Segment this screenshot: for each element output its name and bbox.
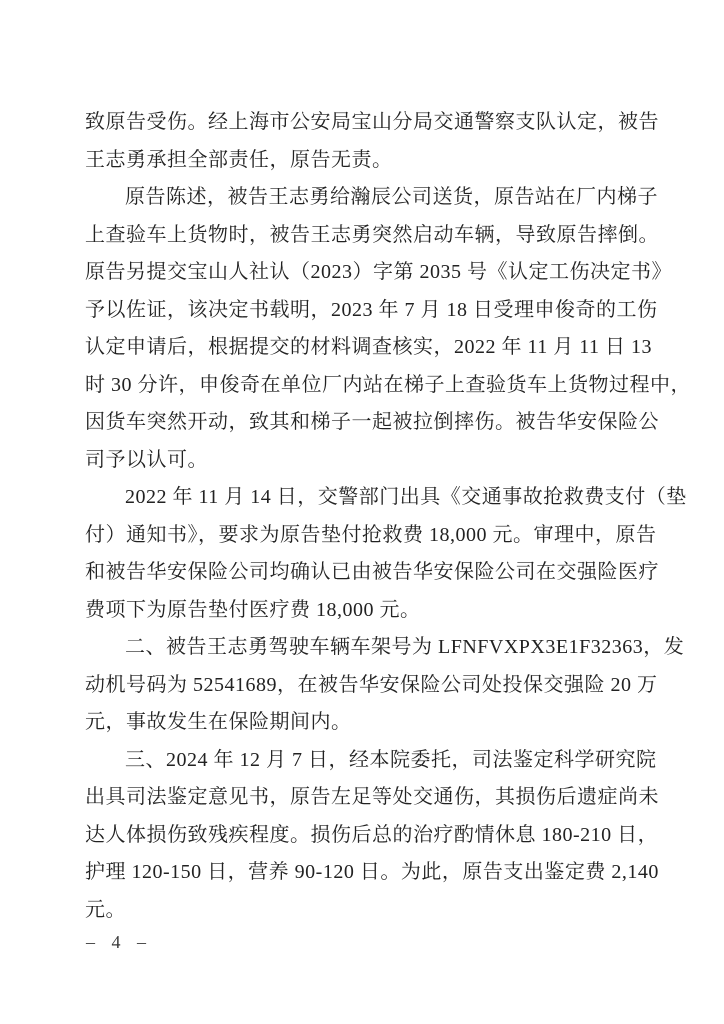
document-line: 致原告受伤。经上海市公安局宝山分局交通警察支队认定，被告 — [85, 104, 651, 142]
document-line: 费项下为原告垫付医疗费 18,000 元。 — [85, 592, 651, 630]
document-line: 三、2024 年 12 月 7 日，经本院委托，司法鉴定科学研究院 — [85, 742, 651, 780]
document-line: 和被告华安保险公司均确认已由被告华安保险公司在交强险医疗 — [85, 554, 651, 592]
document-line: 达人体损伤致残疾程度。损伤后总的治疗酌情休息 180-210 日， — [85, 817, 651, 855]
document-line: 认定申请后，根据提交的材料调查核实，2022 年 11 月 11 日 13 — [85, 329, 651, 367]
document-line: 上查验车上货物时，被告王志勇突然启动车辆，导致原告摔倒。 — [85, 217, 651, 255]
document-line: 动机号码为 52541689，在被告华安保险公司处投保交强险 20 万 — [85, 667, 651, 705]
document-line: 元。 — [85, 892, 651, 930]
page-number: – 4 – — [86, 932, 152, 953]
document-line: 出具司法鉴定意见书，原告左足等处交通伤，其损伤后遗症尚未 — [85, 779, 651, 817]
document-line: 2022 年 11 月 14 日，交警部门出具《交通事故抢救费支付（垫 — [85, 479, 651, 517]
document-line: 二、被告王志勇驾驶车辆车架号为 LFNFVXPX3E1F32363，发 — [85, 629, 651, 667]
document-line: 付）通知书》，要求为原告垫付抢救费 18,000 元。审理中，原告 — [85, 517, 651, 555]
document-body: 致原告受伤。经上海市公安局宝山分局交通警察支队认定，被告 王志勇承担全部责任，原… — [85, 104, 651, 929]
document-line: 护理 120-150 日，营养 90-120 日。为此，原告支出鉴定费 2,14… — [85, 854, 651, 892]
document-line: 原告另提交宝山人社认（2023）字第 2035 号《认定工伤决定书》 — [85, 254, 651, 292]
document-line: 元，事故发生在保险期间内。 — [85, 704, 651, 742]
document-line: 时 30 分许，申俊奇在单位厂内站在梯子上查验货车上货物过程中， — [85, 367, 651, 405]
document-line: 司予以认可。 — [85, 442, 651, 480]
document-line: 予以佐证，该决定书载明，2023 年 7 月 18 日受理申俊奇的工伤 — [85, 292, 651, 330]
document-line: 因货车突然开动，致其和梯子一起被拉倒摔伤。被告华安保险公 — [85, 404, 651, 442]
document-line: 原告陈述，被告王志勇给瀚辰公司送货，原告站在厂内梯子 — [85, 179, 651, 217]
document-page: 致原告受伤。经上海市公安局宝山分局交通警察支队认定，被告 王志勇承担全部责任，原… — [0, 0, 724, 1024]
document-line: 王志勇承担全部责任，原告无责。 — [85, 142, 651, 180]
